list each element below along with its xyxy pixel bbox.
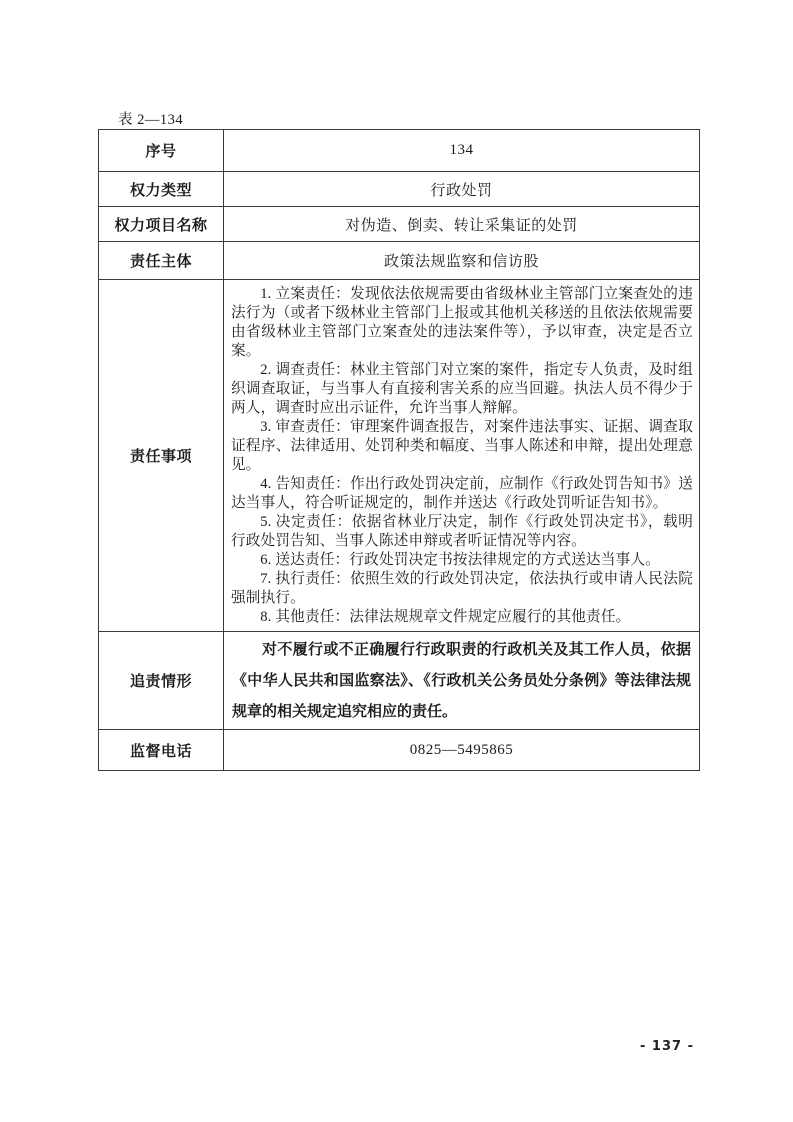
value-responsible-subject: 政策法规监察和信访股	[224, 242, 699, 279]
table-row-serial-number: 序号 134	[99, 130, 699, 172]
value-supervision-phone: 0825—5495865	[224, 730, 699, 770]
responsibility-item-enforcement: 7. 执行责任：依照生效的行政处罚决定，依法执行或申请人民法院强制执行。	[231, 570, 693, 608]
table-row-power-type: 权力类型 行政处罚	[99, 172, 699, 207]
responsibility-item-other: 8. 其他责任：法律法规规章文件规定应履行的其他责任。	[231, 608, 693, 627]
table-row-responsible-subject: 责任主体 政策法规监察和信访股	[99, 242, 699, 280]
table-row-responsibility-items: 责任事项 1. 立案责任：发现依法依规需要由省级林业主管部门立案查处的违法行为（…	[99, 280, 699, 632]
label-accountability-situations: 追责情形	[99, 632, 224, 729]
page-number: - 137 -	[640, 1039, 694, 1054]
responsibility-item-delivery: 6. 送达责任：行政处罚决定书按法律规定的方式送达当事人。	[231, 551, 693, 570]
label-power-item-name: 权力项目名称	[99, 207, 224, 241]
label-power-type: 权力类型	[99, 172, 224, 206]
responsibility-item-investigation: 2. 调查责任：林业主管部门对立案的案件，指定专人负责，及时组织调查取证，与当事…	[231, 361, 693, 418]
table-row-supervision-phone: 监督电话 0825—5495865	[99, 730, 699, 770]
value-power-item-name: 对伪造、倒卖、转让采集证的处罚	[224, 207, 699, 241]
label-responsible-subject: 责任主体	[99, 242, 224, 279]
value-serial-number: 134	[224, 130, 699, 171]
responsibility-item-review: 3. 审查责任：审理案件调查报告，对案件违法事实、证据、调查取证程序、法律适用、…	[231, 418, 693, 475]
label-responsibility-items: 责任事项	[99, 280, 224, 631]
responsibility-item-notification: 4. 告知责任：作出行政处罚决定前，应制作《行政处罚告知书》送达当事人，符合听证…	[231, 475, 693, 513]
responsibility-item-decision: 5. 决定责任：依据省林业厅决定，制作《行政处罚决定书》，载明行政处罚告知、当事…	[231, 513, 693, 551]
table-row-power-item-name: 权力项目名称 对伪造、倒卖、转让采集证的处罚	[99, 207, 699, 242]
label-serial-number: 序号	[99, 130, 224, 171]
responsibility-items-cell: 1. 立案责任：发现依法依规需要由省级林业主管部门立案查处的违法行为（或者下级林…	[224, 280, 699, 631]
accountability-situations-text: 对不履行或不正确履行行政职责的行政机关及其工作人员，依据《中华人民共和国监察法》…	[232, 634, 691, 727]
value-power-type: 行政处罚	[224, 172, 699, 206]
table-row-accountability-situations: 追责情形 对不履行或不正确履行行政职责的行政机关及其工作人员，依据《中华人民共和…	[99, 632, 699, 730]
table-caption: 表 2—134	[118, 108, 183, 129]
accountability-situations-cell: 对不履行或不正确履行行政职责的行政机关及其工作人员，依据《中华人民共和国监察法》…	[224, 632, 699, 729]
responsibility-table: 序号 134 权力类型 行政处罚 权力项目名称 对伪造、倒卖、转让采集证的处罚 …	[98, 129, 700, 771]
responsibility-item-filing: 1. 立案责任：发现依法依规需要由省级林业主管部门立案查处的违法行为（或者下级林…	[231, 285, 693, 361]
label-supervision-phone: 监督电话	[99, 730, 224, 770]
